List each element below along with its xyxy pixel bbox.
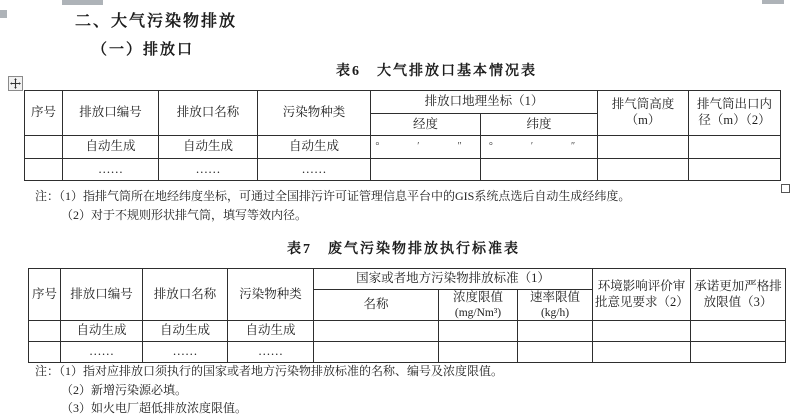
t7-r2-standard-name[interactable] xyxy=(314,342,439,363)
t6-r2-longitude[interactable] xyxy=(371,159,481,181)
left-edge-artifact xyxy=(0,10,7,18)
t7-r1-stricter[interactable] xyxy=(691,321,786,342)
t7-header-rate-limit-unit: (kg/h) xyxy=(520,306,590,320)
t6-r2-seq[interactable] xyxy=(25,159,63,181)
t7-header-rate-limit-label: 速率限值 xyxy=(520,290,590,306)
t7-header-outlet-name: 排放口名称 xyxy=(143,269,228,321)
t6-r1-stack-height[interactable] xyxy=(598,136,689,159)
t6-header-latitude: 纬度 xyxy=(481,114,598,136)
t7-r2-rate[interactable] xyxy=(518,342,593,363)
table6-notes: 注：（1）指排气筒所在地经纬度坐标，可通过全国排污许可证管理信息平台中的GIS系… xyxy=(35,187,630,224)
t7-r2-stricter[interactable] xyxy=(691,342,786,363)
t7-r1-seq[interactable] xyxy=(29,321,61,342)
table-resize-handle-icon[interactable] xyxy=(781,184,790,193)
t6-r1-longitude[interactable]: ° ′ ″ xyxy=(371,136,481,159)
table-move-handle-icon[interactable] xyxy=(8,76,23,91)
t6-r2-outlet-no[interactable]: …… xyxy=(63,159,159,181)
t7-r1-pollutant[interactable]: 自动生成 xyxy=(228,321,314,342)
t7-header-conc-limit-unit: (mg/Nm³) xyxy=(441,306,515,320)
t6-r2-stack-height[interactable] xyxy=(598,159,689,181)
table7-notes: 注：（1）指对应排放口须执行的国家或者地方污染物排放标准的名称、编号及浓度限值。… xyxy=(35,362,503,414)
t6-header-outlet-name: 排放口名称 xyxy=(159,91,258,136)
t7-r2-conc[interactable] xyxy=(439,342,518,363)
t6-r1-latitude[interactable]: ° ′ ″ xyxy=(481,136,598,159)
t7-r1-eia[interactable] xyxy=(593,321,691,342)
table6-note-1: 注：（1）指排气筒所在地经纬度坐标，可通过全国排污许可证管理信息平台中的GIS系… xyxy=(35,187,630,206)
t7-header-conc-limit-label: 浓度限值 xyxy=(441,290,515,306)
t6-header-seq: 序号 xyxy=(25,91,63,136)
t6-r2-pollutant[interactable]: …… xyxy=(258,159,371,181)
t7-header-conc-limit: 浓度限值 (mg/Nm³) xyxy=(439,290,518,321)
t7-header-standard-group: 国家或者地方污染物排放标准（1） xyxy=(314,269,593,290)
top-right-edge-artifact xyxy=(762,0,784,4)
table-row: …… …… …… xyxy=(25,159,781,181)
table7-note-1: 注：（1）指对应排放口须执行的国家或者地方污染物排放标准的名称、编号及浓度限值。 xyxy=(35,362,503,381)
t6-r1-outlet-no[interactable]: 自动生成 xyxy=(63,136,159,159)
table-row: 自动生成 自动生成 自动生成 ° ′ ″ ° ′ ″ xyxy=(25,136,781,159)
t7-header-stricter-limit: 承诺更加严格排放限值（3） xyxy=(691,269,786,321)
t6-r1-outlet-name[interactable]: 自动生成 xyxy=(159,136,258,159)
top-edge-artifact xyxy=(62,0,103,5)
t7-r2-pollutant[interactable]: …… xyxy=(228,342,314,363)
t6-header-longitude: 经度 xyxy=(371,114,481,136)
move-arrows-icon xyxy=(10,78,21,89)
table7-note-3: （3）如火电厂超低排放浓度限值。 xyxy=(35,399,503,414)
t6-header-geo-group: 排放口地理坐标（1） xyxy=(371,91,598,114)
t6-r1-pollutant[interactable]: 自动生成 xyxy=(258,136,371,159)
table-row: 自动生成 自动生成 自动生成 xyxy=(29,321,786,342)
t7-r1-conc[interactable] xyxy=(439,321,518,342)
t6-header-outlet-no: 排放口编号 xyxy=(63,91,159,136)
t6-header-stack-height: 排气筒高度（m） xyxy=(598,91,689,136)
t7-r1-outlet-name[interactable]: 自动生成 xyxy=(143,321,228,342)
t7-header-pollutant: 污染物种类 xyxy=(228,269,314,321)
table7-note-2: （2）新增污染源必填。 xyxy=(35,381,503,400)
table6-caption: 表6 大气排放口基本情况表 xyxy=(0,60,807,80)
subsection-title: （一）排放口 xyxy=(92,38,194,59)
section-title: 二、大气污染物排放 xyxy=(75,8,237,31)
t6-r1-stack-diameter[interactable] xyxy=(689,136,781,159)
t6-header-stack-diameter: 排气筒出口内径（m）（2） xyxy=(689,91,781,136)
t6-r2-stack-diameter[interactable] xyxy=(689,159,781,181)
table7-caption: 表7 废气污染物排放执行标准表 xyxy=(0,238,807,258)
t7-header-outlet-no: 排放口编号 xyxy=(61,269,143,321)
t7-header-eia-requirement: 环境影响评价审批意见要求（2） xyxy=(593,269,691,321)
t6-r2-outlet-name[interactable]: …… xyxy=(159,159,258,181)
table-row: …… …… …… xyxy=(29,342,786,363)
t7-r2-seq[interactable] xyxy=(29,342,61,363)
table6: 序号 排放口编号 排放口名称 污染物种类 排放口地理坐标（1） 排气筒高度（m）… xyxy=(24,90,781,181)
t6-r2-latitude[interactable] xyxy=(481,159,598,181)
t7-r1-rate[interactable] xyxy=(518,321,593,342)
t7-header-rate-limit: 速率限值 (kg/h) xyxy=(518,290,593,321)
t7-r1-outlet-no[interactable]: 自动生成 xyxy=(61,321,143,342)
t7-r2-outlet-no[interactable]: …… xyxy=(61,342,143,363)
t7-r2-outlet-name[interactable]: …… xyxy=(143,342,228,363)
t7-r2-eia[interactable] xyxy=(593,342,691,363)
t7-r1-standard-name[interactable] xyxy=(314,321,439,342)
t6-r1-seq[interactable] xyxy=(25,136,63,159)
t7-header-seq: 序号 xyxy=(29,269,61,321)
table7: 序号 排放口编号 排放口名称 污染物种类 国家或者地方污染物排放标准（1） 环境… xyxy=(28,268,786,363)
table6-note-2: （2）对于不规则形状排气筒，填写等效内径。 xyxy=(35,206,630,225)
t6-header-pollutant: 污染物种类 xyxy=(258,91,371,136)
t7-header-standard-name: 名称 xyxy=(314,290,439,321)
